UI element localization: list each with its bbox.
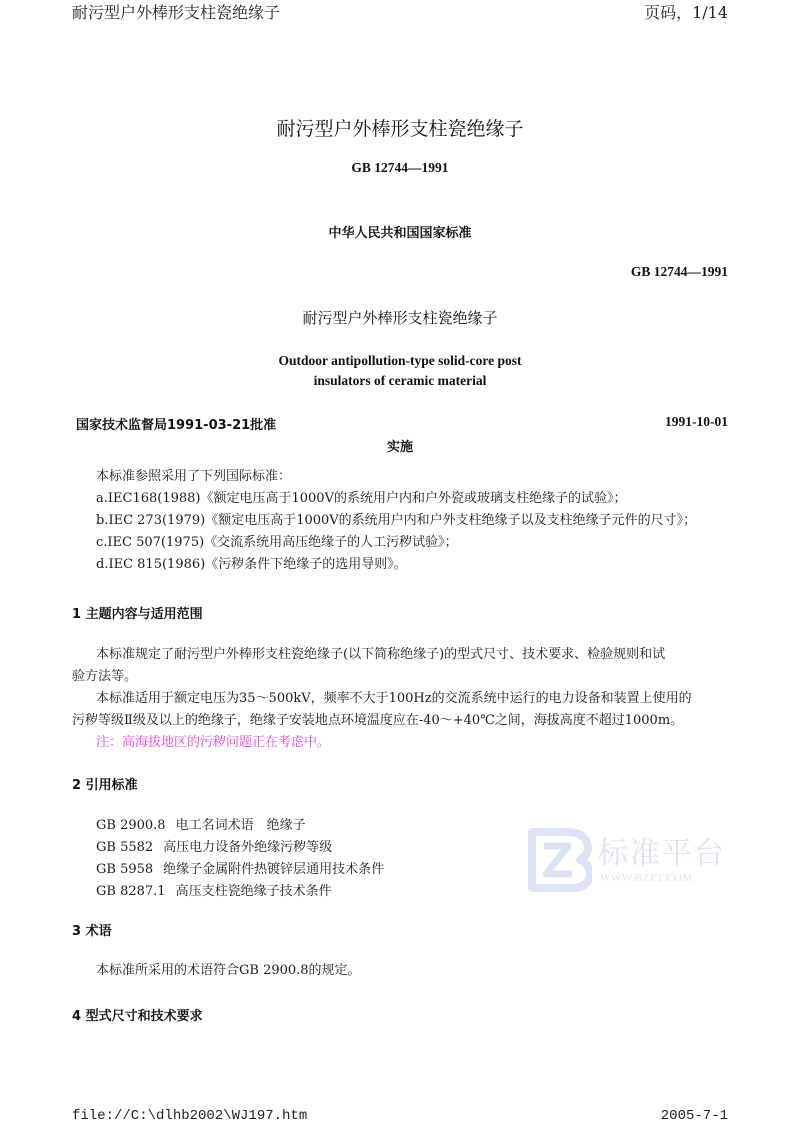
english-title-line1: Outdoor antipollution-type solid-core po…: [0, 353, 800, 369]
standard-number-right: GB 12744—1991: [631, 264, 728, 280]
section-1-para1-line1: 本标准规定了耐污型户外棒形支柱瓷绝缘子(以下简称绝缘子)的型式尺寸、技术要求、检…: [96, 644, 665, 666]
reference-code: GB 8287.1: [96, 881, 166, 903]
reference-title: 高压电力设备外绝缘污秽等级: [163, 837, 332, 859]
watermark-brand: 标准平台: [598, 828, 726, 872]
reference-row: GB 2900.8 电工名词术语 绝缘子: [96, 815, 306, 837]
watermark-url: WWW.BZPT.COM: [600, 872, 693, 884]
intro-item-a: a.IEC168(1988)《额定电压高于1000V的系统用户内和户外瓷或玻璃支…: [96, 488, 626, 510]
reference-row: GB 5582 高压电力设备外绝缘污秽等级: [96, 837, 332, 859]
reference-code: GB 5958: [96, 859, 153, 881]
english-title-line2: insulators of ceramic material: [0, 373, 800, 389]
intro-item-c: c.IEC 507(1975)《交流系统用高压绝缘子的人工污秽试验》；: [96, 532, 458, 554]
effective-date: 1991-10-01: [665, 414, 728, 430]
approval-line: 国家技术监督局1991-03-21批准: [76, 414, 276, 433]
section-1-note: 注：高海拔地区的污秽问题正在考虑中。: [96, 732, 330, 754]
bzpt-logo-icon: [528, 828, 592, 892]
section-1-para2-line2: 污秽等级Ⅱ级及以上的绝缘子，绝缘子安装地点环境温度应在-40～+40℃之间，海拔…: [72, 710, 683, 732]
effective-label: 实施: [0, 436, 800, 455]
header-doc-title: 耐污型户外棒形支柱瓷绝缘子: [72, 0, 280, 23]
standard-number: GB 12744—1991: [0, 160, 800, 176]
footer-file-path: file://C:\dlhb2002\WJ197.htm: [72, 1108, 307, 1124]
reference-code: GB 5582: [96, 837, 153, 859]
title-repeat: 耐污型户外棒形支柱瓷绝缘子: [0, 307, 800, 328]
section-1-heading: 1 主题内容与适用范围: [72, 603, 203, 622]
section-1-para2-line1: 本标准适用于额定电压为35～500kV，频率不大于100Hz的交流系统中运行的电…: [96, 688, 692, 710]
section-3-heading: 3 术语: [72, 920, 112, 939]
section-3-para: 本标准所采用的术语符合GB 2900.8的规定。: [96, 960, 361, 982]
intro-lead: 本标准参照采用了下列国际标准：: [96, 466, 291, 488]
intro-item-d: d.IEC 815(1986)《污秽条件下绝缘子的选用导则》。: [96, 554, 407, 576]
header-page-indicator: 页码，1/14: [644, 0, 728, 23]
watermark: 标准平台 WWW.BZPT.COM: [528, 828, 738, 894]
intro-item-b: b.IEC 273(1979)《额定电压高于1000V的系统用户内和户外支柱绝缘…: [96, 510, 696, 532]
reference-title: 高压支柱瓷绝缘子技术条件: [176, 881, 332, 903]
reference-row: GB 5958 绝缘子金属附件热镀锌层通用技术条件: [96, 859, 384, 881]
reference-code: GB 2900.8: [96, 815, 166, 837]
section-2-heading: 2 引用标准: [72, 774, 138, 793]
document-title: 耐污型户外棒形支柱瓷绝缘子: [0, 114, 800, 141]
section-4-heading: 4 型式尺寸和技术要求: [72, 1005, 203, 1024]
reference-row: GB 8287.1 高压支柱瓷绝缘子技术条件: [96, 881, 332, 903]
footer-date: 2005-7-1: [661, 1108, 728, 1124]
reference-title: 电工名词术语 绝缘子: [176, 815, 306, 837]
issuer: 中华人民共和国国家标准: [0, 222, 800, 241]
section-1-para1-line2: 验方法等。: [72, 666, 137, 688]
reference-title: 绝缘子金属附件热镀锌层通用技术条件: [163, 859, 384, 881]
